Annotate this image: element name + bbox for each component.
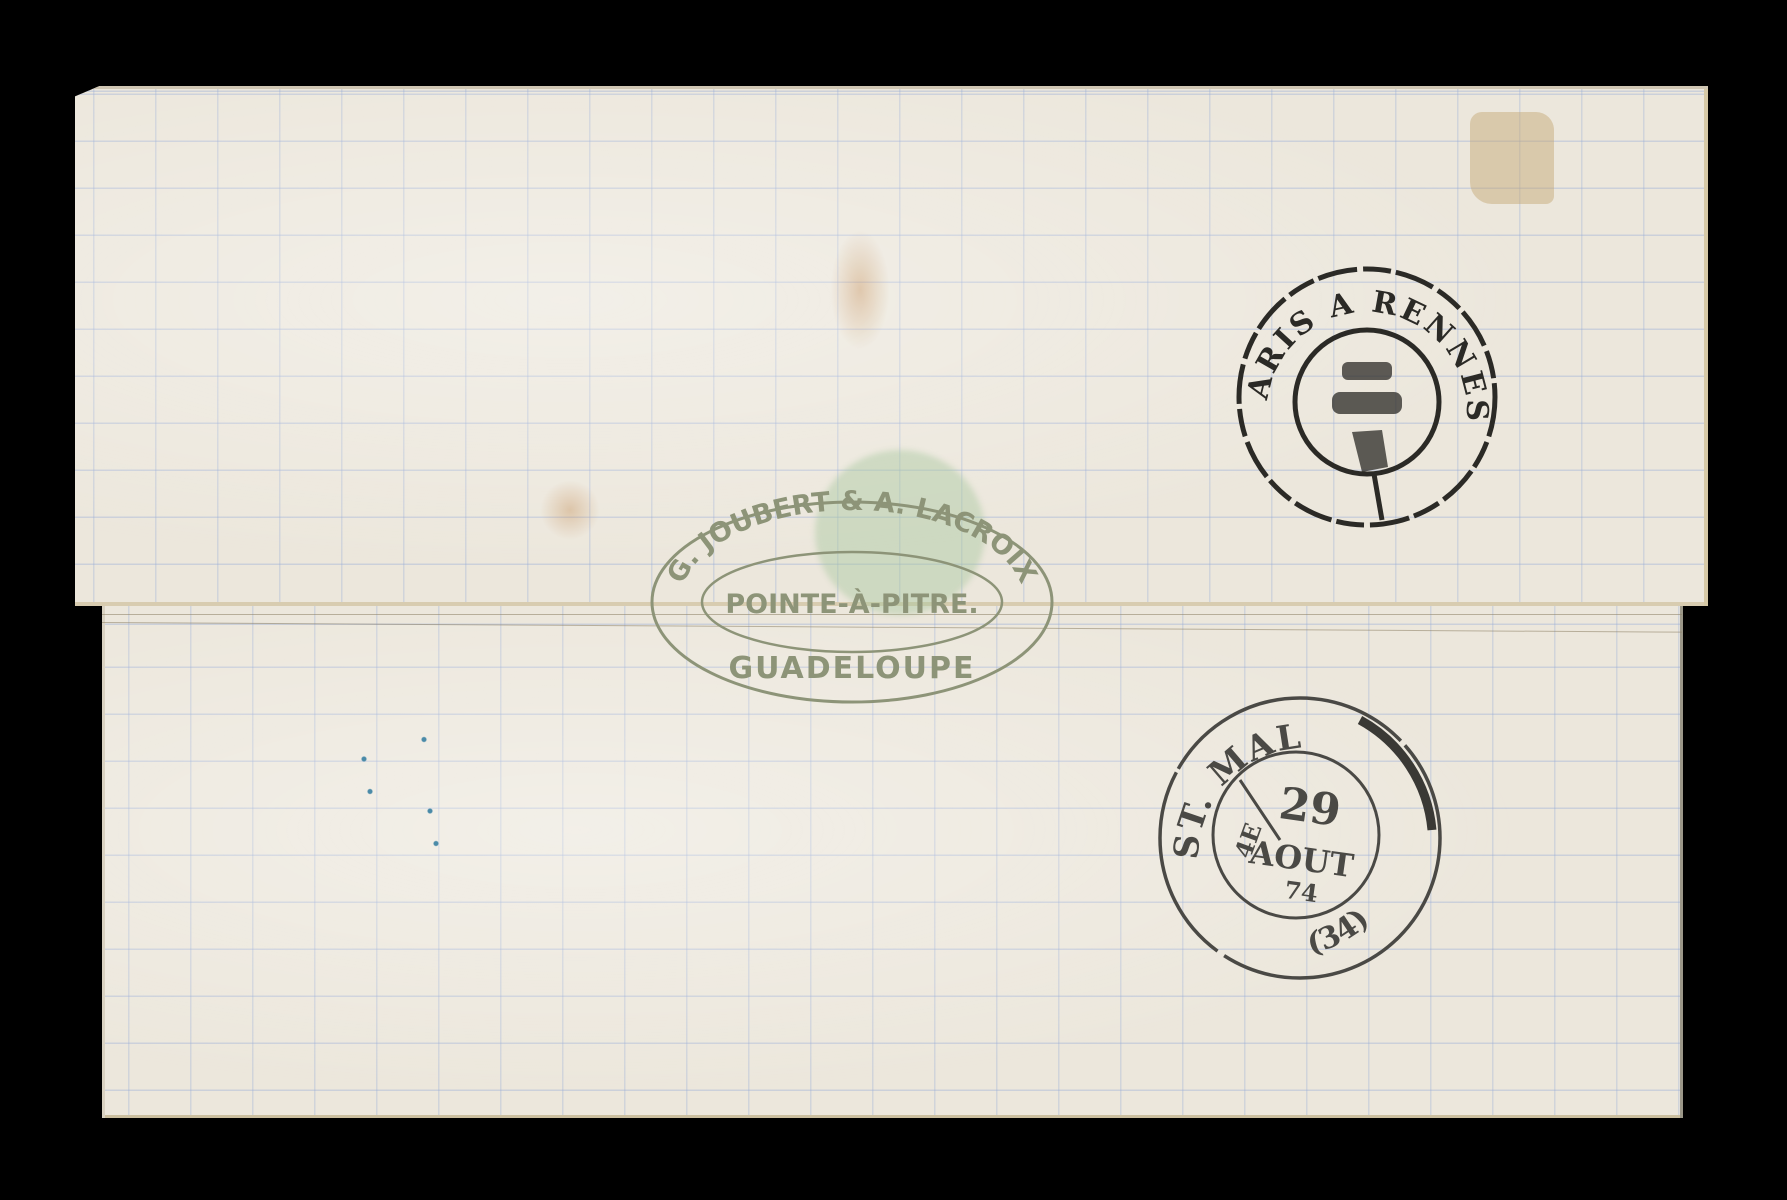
cachet-middle-text: POINTE-À-PITRE. — [725, 588, 978, 620]
arrival-year: 74 — [1283, 875, 1320, 908]
blue-ink-specks — [340, 720, 460, 850]
transit-postmark: PARIS A RENNES — [1232, 262, 1502, 532]
rust-stain — [540, 480, 600, 540]
cachet-bottom-text: GUADELOUPE — [728, 651, 975, 686]
smudged-date — [1332, 362, 1402, 472]
arrival-postmark: ST. MALO (34) 4E 29 AOUT 74 — [1150, 700, 1450, 990]
arrival-day: 29 — [1276, 778, 1344, 837]
arrival-department: (34) — [1304, 901, 1377, 961]
rust-stain — [830, 230, 890, 350]
brown-stain — [1470, 112, 1554, 204]
cachet-top-text: G. JOUBERT & A. LACROIX — [661, 486, 1043, 588]
sender-cachet: G. JOUBERT & A. LACROIX POINTE-À-PITRE. … — [640, 490, 1060, 710]
